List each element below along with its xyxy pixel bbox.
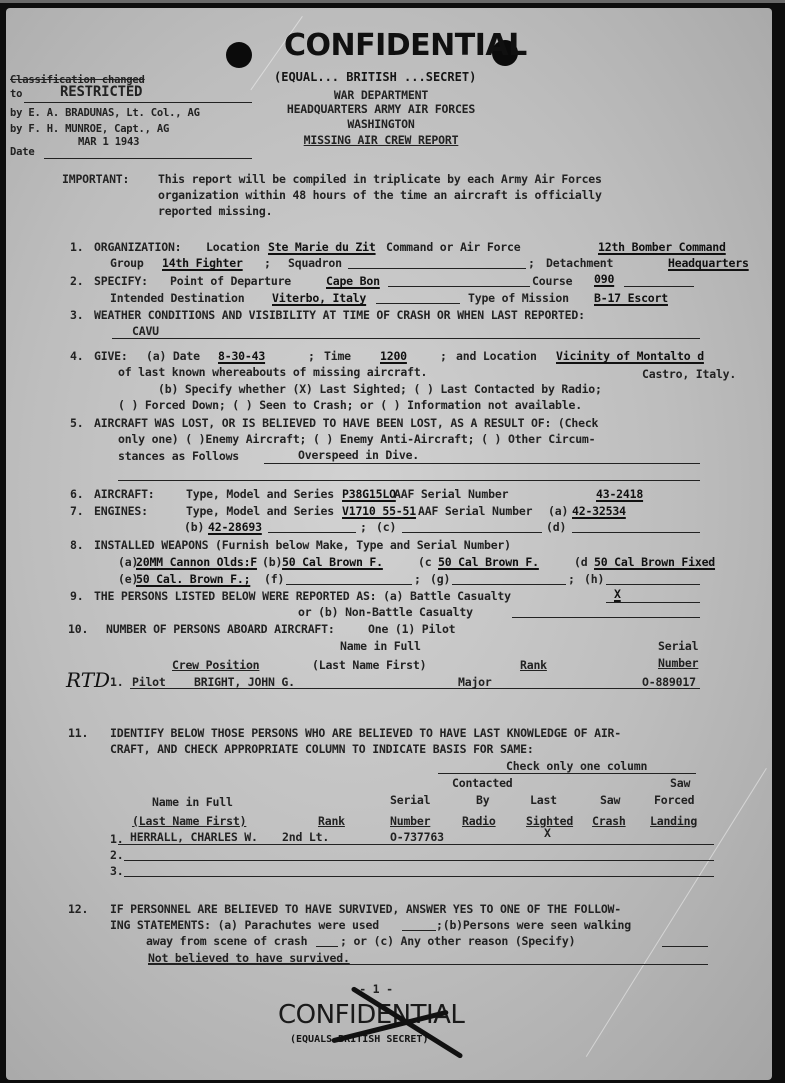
engine-type-value: V1710 55-51: [342, 504, 416, 518]
row-rule: [124, 876, 714, 877]
column-header: Landing: [650, 814, 697, 828]
stamp-date-label: Date: [10, 146, 35, 158]
column-header: Number: [658, 656, 698, 670]
crew-rank: Major: [458, 675, 492, 689]
weapon-e-value: 50 Cal. Brown F.;: [136, 572, 250, 586]
important-text-3: reported missing.: [158, 204, 272, 218]
ink-blot: [226, 42, 252, 68]
page-number: - 1 -: [336, 982, 416, 996]
weapon-h-blank: [606, 584, 700, 585]
row-rule: [130, 688, 700, 689]
weapon-c-value: 50 Cal Brown F.: [438, 555, 539, 569]
blank-line: [388, 286, 530, 287]
engine-serial-a: 42-32534: [572, 504, 626, 518]
separator: ;: [440, 349, 447, 363]
weapon-key: (h): [584, 572, 604, 586]
persons-aboard-value: One (1) Pilot: [368, 622, 455, 636]
status-options-b: (b) Specify whether (X) Last Sighted; ( …: [158, 382, 602, 396]
classification-stamp-top: CONFIDENTIAL: [284, 28, 527, 63]
field-label: Command or Air Force: [386, 240, 520, 254]
column-header: By: [476, 793, 489, 807]
casualty-text-2: or (b) Non-Battle Casualty: [298, 605, 473, 619]
blank-line: [148, 964, 708, 965]
column-header: Serial: [390, 793, 430, 807]
last-knowledge-text-1: IDENTIFY BELOW THOSE PERSONS WHO ARE BEL…: [110, 726, 621, 740]
important-text-1: This report will be compiled in triplica…: [158, 172, 602, 186]
last-sighted-check: X: [544, 826, 551, 840]
field-label: Time: [324, 349, 351, 363]
field-label: Group: [110, 256, 144, 270]
separator: ;: [568, 572, 575, 586]
section-number: 4.: [70, 349, 83, 363]
location-value-2: Castro, Italy.: [642, 367, 736, 381]
stamp-to-value: RESTRICTED: [60, 84, 142, 100]
section-number: 7.: [70, 504, 83, 518]
section-number: 9.: [70, 589, 83, 603]
survival-text-2b: ;(b)Persons were seen walking: [436, 918, 631, 932]
aircraft-serial-value: 43-2418: [596, 487, 643, 501]
section-number: 1.: [70, 240, 83, 254]
engine-serial-c-blank: [402, 532, 542, 533]
separator: ;: [264, 256, 271, 270]
section-label: SPECIFY:: [94, 274, 148, 288]
cause-value: Overspeed in Dive.: [298, 448, 419, 462]
cause-text-1: AIRCRAFT WAS LOST, OR IS BELIEVED TO HAV…: [94, 416, 598, 430]
field-label: Course: [532, 274, 572, 288]
blank-line: [264, 463, 700, 464]
cause-text-2: only one) ( )Enemy Aircraft; ( ) Enemy A…: [118, 432, 595, 446]
weapon-d-value: 50 Cal Brown Fixed: [594, 555, 715, 569]
column-header: (Last Name First): [312, 658, 426, 672]
weapon-key: (g): [430, 572, 450, 586]
column-header: Radio: [462, 814, 496, 828]
column-header: Serial: [658, 639, 698, 653]
group-value: 14th Fighter: [162, 256, 243, 270]
field-label: Detachment: [546, 256, 613, 270]
blank-line: [624, 286, 694, 287]
blank-line: [606, 602, 700, 603]
field-label: (a): [548, 504, 568, 518]
headquarters-line: HEADQUARTERS ARMY AIR FORCES: [246, 102, 516, 116]
department-line: WAR DEPARTMENT: [246, 88, 516, 102]
document-page: CONFIDENTIAL (EQUAL... BRITISH ...SECRET…: [6, 8, 772, 1080]
weather-value: CAVU: [132, 324, 159, 338]
section-number: 10.: [68, 622, 88, 636]
crew-name: BRIGHT, JOHN G.: [194, 675, 295, 689]
blank-line: [268, 532, 356, 533]
weapon-g-blank: [452, 584, 566, 585]
departure-value: Cape Bon: [326, 274, 380, 288]
destination-value: Viterbo, Italy: [272, 291, 366, 305]
row-number: 1.: [110, 675, 123, 689]
classification-stamp-top-sub: (EQUAL... BRITISH ...SECRET): [274, 70, 476, 84]
section-number: 6.: [70, 487, 83, 501]
field-label: Type, Model and Series: [186, 487, 334, 501]
section-number: 5.: [70, 416, 83, 430]
important-text-2: organization within 48 hours of the time…: [158, 188, 602, 202]
aircraft-type-value: P38G15LO: [342, 487, 396, 501]
engine-serial-d-blank: [572, 532, 700, 533]
date-value: 8-30-43: [218, 349, 265, 363]
field-label: AAF Serial Number: [418, 504, 532, 518]
casualty-text-1: THE PERSONS LISTED BELOW WERE REPORTED A…: [94, 589, 511, 603]
course-value: 090: [594, 272, 614, 286]
field-label: (b): [184, 520, 204, 534]
field-label: Intended Destination: [110, 291, 244, 305]
section-label: AIRCRAFT:: [94, 487, 155, 501]
column-header: Name in Full: [340, 639, 421, 653]
column-header: Contacted: [452, 776, 513, 790]
city-line: WASHINGTON: [246, 117, 516, 131]
row-number: 2.: [110, 848, 123, 862]
field-label: Point of Departure: [170, 274, 291, 288]
field-label: AAF Serial Number: [394, 487, 508, 501]
section-label: GIVE:: [94, 349, 128, 363]
column-header: Number: [390, 814, 430, 828]
handwritten-annotation: RTD: [66, 668, 110, 692]
row-rule: [118, 844, 714, 845]
location-value-1: Vicinity of Montalto d: [556, 349, 704, 363]
section-label: ORGANIZATION:: [94, 240, 181, 254]
survival-text-2a: ING STATEMENTS: (a) Parachutes were used: [110, 918, 379, 932]
section-label: ENGINES:: [94, 504, 148, 518]
field-label: (c): [376, 520, 396, 534]
weapon-key: (d: [574, 555, 587, 569]
header-rule: [438, 773, 696, 774]
section-number: 12.: [68, 902, 88, 916]
time-value: 1200: [380, 349, 407, 363]
location-value: Ste Marie du Zit: [268, 240, 376, 254]
row-number: 3.: [110, 864, 123, 878]
stamp-by-1: by E. A. BRADUNAS, Lt. Col., AG: [10, 107, 200, 119]
crew-serial: O-889017: [642, 675, 696, 689]
field-label: Type, Model and Series: [186, 504, 334, 518]
column-header: Saw: [670, 776, 690, 790]
stamp-rule: [24, 102, 252, 103]
weapon-f-blank: [286, 584, 412, 585]
battle-casualty-value: X: [614, 587, 621, 601]
separator: ;: [528, 256, 535, 270]
weapon-key: (c: [418, 555, 431, 569]
separator: ;: [360, 520, 367, 534]
parachutes-blank: [402, 930, 436, 931]
window-top-edge: [0, 0, 785, 3]
column-header: Last: [530, 793, 557, 807]
field-label: Squadron: [288, 256, 342, 270]
whereabouts-text: of last known whereabouts of missing air…: [118, 365, 427, 379]
field-label: (d): [546, 520, 566, 534]
survival-text-3a: away from scene of crash: [146, 934, 307, 948]
section-number: 2.: [70, 274, 83, 288]
blank-line: [118, 480, 700, 481]
status-options-c: ( ) Forced Down; ( ) Seen to Crash; or (…: [118, 398, 582, 412]
column-header: Crash: [592, 814, 626, 828]
stamp-to-label: to: [10, 88, 22, 100]
detachment-value: Headquarters: [668, 256, 749, 270]
column-header: Saw: [600, 793, 620, 807]
engine-serial-b: 42-28693: [208, 520, 262, 534]
survival-text-1: IF PERSONNEL ARE BELIEVED TO HAVE SURVIV…: [110, 902, 621, 916]
stamp-by-2: by F. H. MUNROE, Capt., AG: [10, 123, 169, 135]
field-label: Location: [206, 240, 260, 254]
separator: ;: [308, 349, 315, 363]
check-note: Check only one column: [506, 759, 647, 773]
witness-rank: 2nd Lt.: [282, 830, 329, 844]
field-label: (a) Date: [146, 349, 200, 363]
section-label: INSTALLED WEAPONS (Furnish below Make, T…: [94, 538, 511, 552]
section-number: 8.: [70, 538, 83, 552]
weapon-key: (b): [262, 555, 282, 569]
column-header: Crew Position: [172, 658, 259, 672]
column-header: Name in Full: [152, 795, 233, 809]
section-label: WEATHER CONDITIONS AND VISIBILITY AT TIM…: [94, 308, 585, 322]
stamp-rule: [44, 158, 252, 159]
stamp-date-value: MAR 1 1943: [78, 136, 139, 148]
crew-position: Pilot: [132, 675, 166, 689]
blank-line: [112, 338, 700, 339]
witness-serial: O-737763: [390, 830, 444, 844]
weapon-b-value: 50 Cal Brown F.: [282, 555, 383, 569]
row-rule: [124, 860, 714, 861]
weapon-a-value: 20MM Cannon Olds:F: [136, 555, 257, 569]
column-header: Rank: [318, 814, 345, 828]
mission-value: B-17 Escort: [594, 291, 668, 305]
field-label: and Location: [456, 349, 537, 363]
important-label: IMPORTANT:: [62, 172, 129, 186]
blank-line: [376, 303, 460, 304]
separator: ;: [414, 572, 421, 586]
section-number: 11.: [68, 726, 88, 740]
survival-text-3b: ; or (c) Any other reason (Specify): [340, 934, 575, 948]
blank-line: [662, 946, 708, 947]
column-header: (Last Name First): [132, 814, 246, 828]
survival-value: Not believed to have survived.: [148, 951, 350, 965]
last-knowledge-text-2: CRAFT, AND CHECK APPROPRIATE COLUMN TO I…: [110, 742, 534, 756]
witness-name: HERRALL, CHARLES W.: [130, 830, 258, 844]
weapon-key: (f): [264, 572, 284, 586]
non-battle-blank: [512, 617, 700, 618]
cause-text-3: stances as Follows: [118, 449, 239, 463]
column-header: Forced: [654, 793, 694, 807]
section-label: NUMBER OF PERSONS ABOARD AIRCRAFT:: [106, 622, 335, 636]
walking-blank: [316, 946, 338, 947]
report-title: MISSING AIR CREW REPORT: [246, 133, 516, 147]
field-label: Type of Mission: [468, 291, 569, 305]
squadron-blank: [348, 268, 526, 269]
column-header: Rank: [520, 658, 547, 672]
section-number: 3.: [70, 308, 83, 322]
command-value: 12th Bomber Command: [598, 240, 726, 254]
